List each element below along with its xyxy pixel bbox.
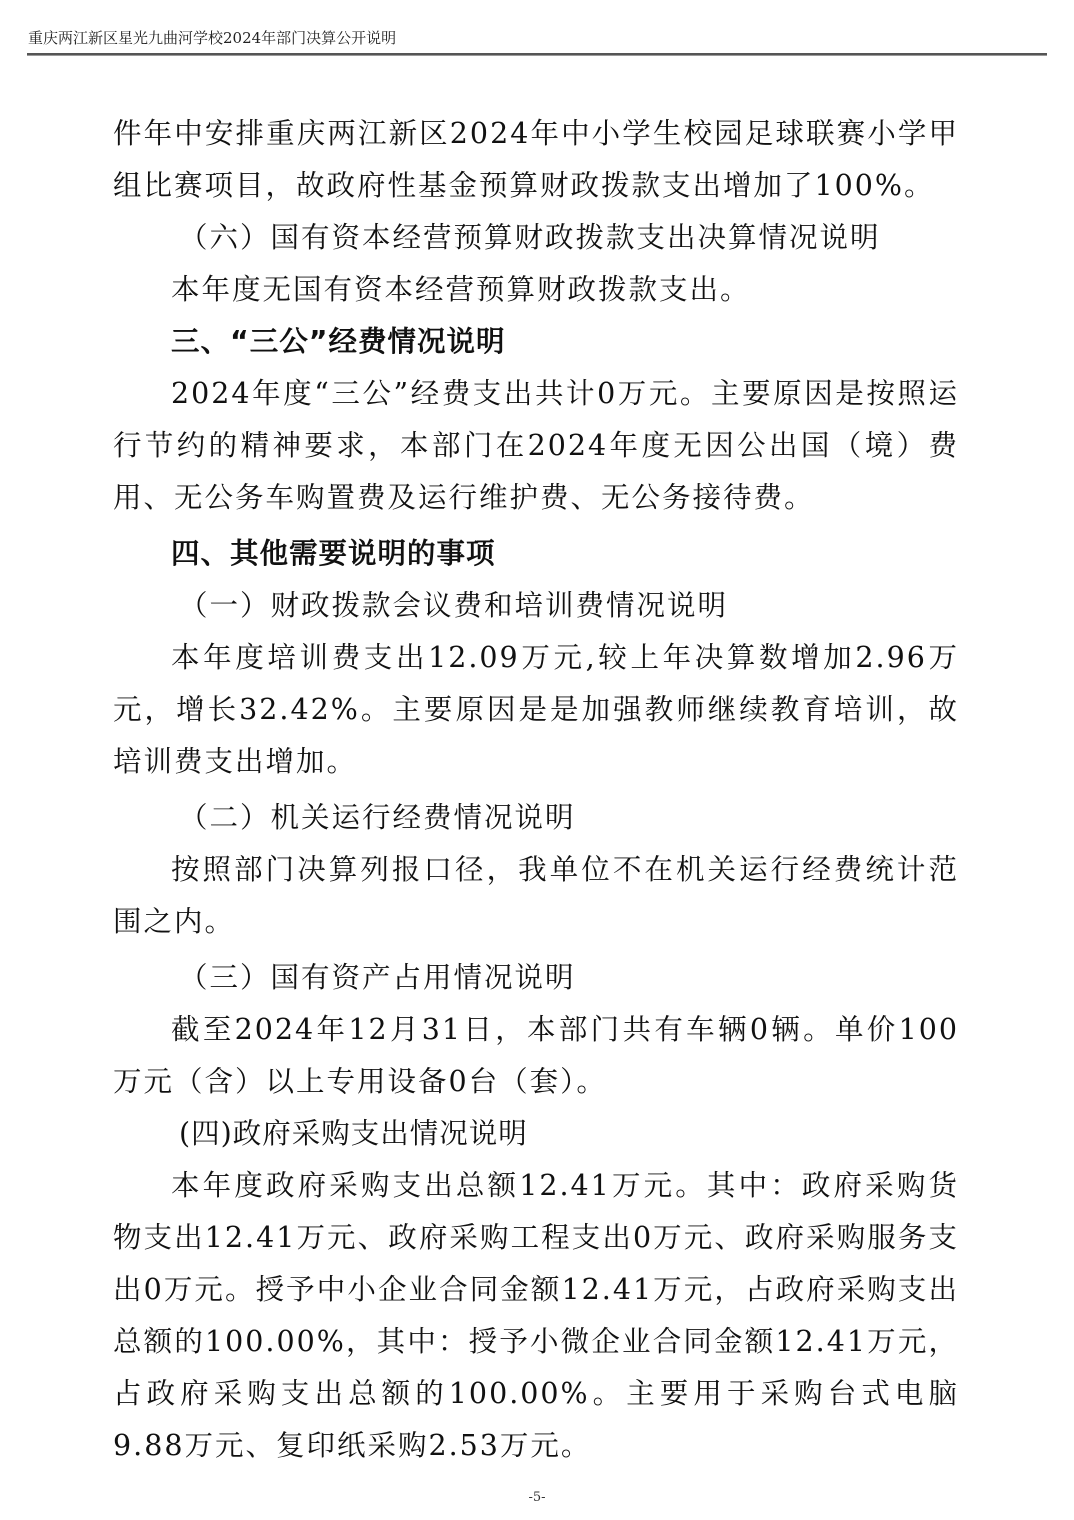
document-body: 件年中安排重庆两江新区2024年中小学生校园足球联赛小学甲组比赛项目，故政府性基… <box>113 108 959 1472</box>
section-4-heading: 四、其他需要说明的事项 <box>113 528 959 580</box>
subsection-4-1-heading: （一）财政拨款会议费和培训费情况说明 <box>113 580 959 632</box>
subsection-4-4-heading: (四)政府采购支出情况说明 <box>113 1108 959 1160</box>
page-header: 重庆两江新区星光九曲河学校2024年部门决算公开说明 <box>27 28 1047 56</box>
subsection-4-3-body: 截至2024年12月31日，本部门共有车辆0辆。单价100万元（含）以上专用设备… <box>113 1004 959 1108</box>
subsection-4-2-body: 按照部门决算列报口径，我单位不在机关运行经费统计范围之内。 <box>113 844 959 948</box>
subsection-4-1-body: 本年度培训费支出12.09万元,较上年决算数增加2.96万元，增长32.42%。… <box>113 632 959 788</box>
subsection-6-body: 本年度无国有资本经营预算财政拨款支出。 <box>113 264 959 316</box>
subsection-6-heading: （六）国有资本经营预算财政拨款支出决算情况说明 <box>113 212 959 264</box>
section-3-body: 2024年度“三公”经费支出共计0万元。主要原因是按照运行节约的精神要求，本部门… <box>113 368 959 524</box>
subsection-4-3-heading: （三）国有资产占用情况说明 <box>113 952 959 1004</box>
document-header-title: 重庆两江新区星光九曲河学校2024年部门决算公开说明 <box>27 28 1047 48</box>
section-3-heading: 三、“三公”经费情况说明 <box>113 316 959 368</box>
subsection-4-4-body: 本年度政府采购支出总额12.41万元。其中：政府采购货物支出12.41万元、政府… <box>113 1160 959 1472</box>
continuation-paragraph: 件年中安排重庆两江新区2024年中小学生校园足球联赛小学甲组比赛项目，故政府性基… <box>113 108 959 212</box>
header-divider <box>27 53 1047 56</box>
subsection-4-2-heading: （二）机关运行经费情况说明 <box>113 792 959 844</box>
page-number: -5- <box>0 1490 1074 1505</box>
